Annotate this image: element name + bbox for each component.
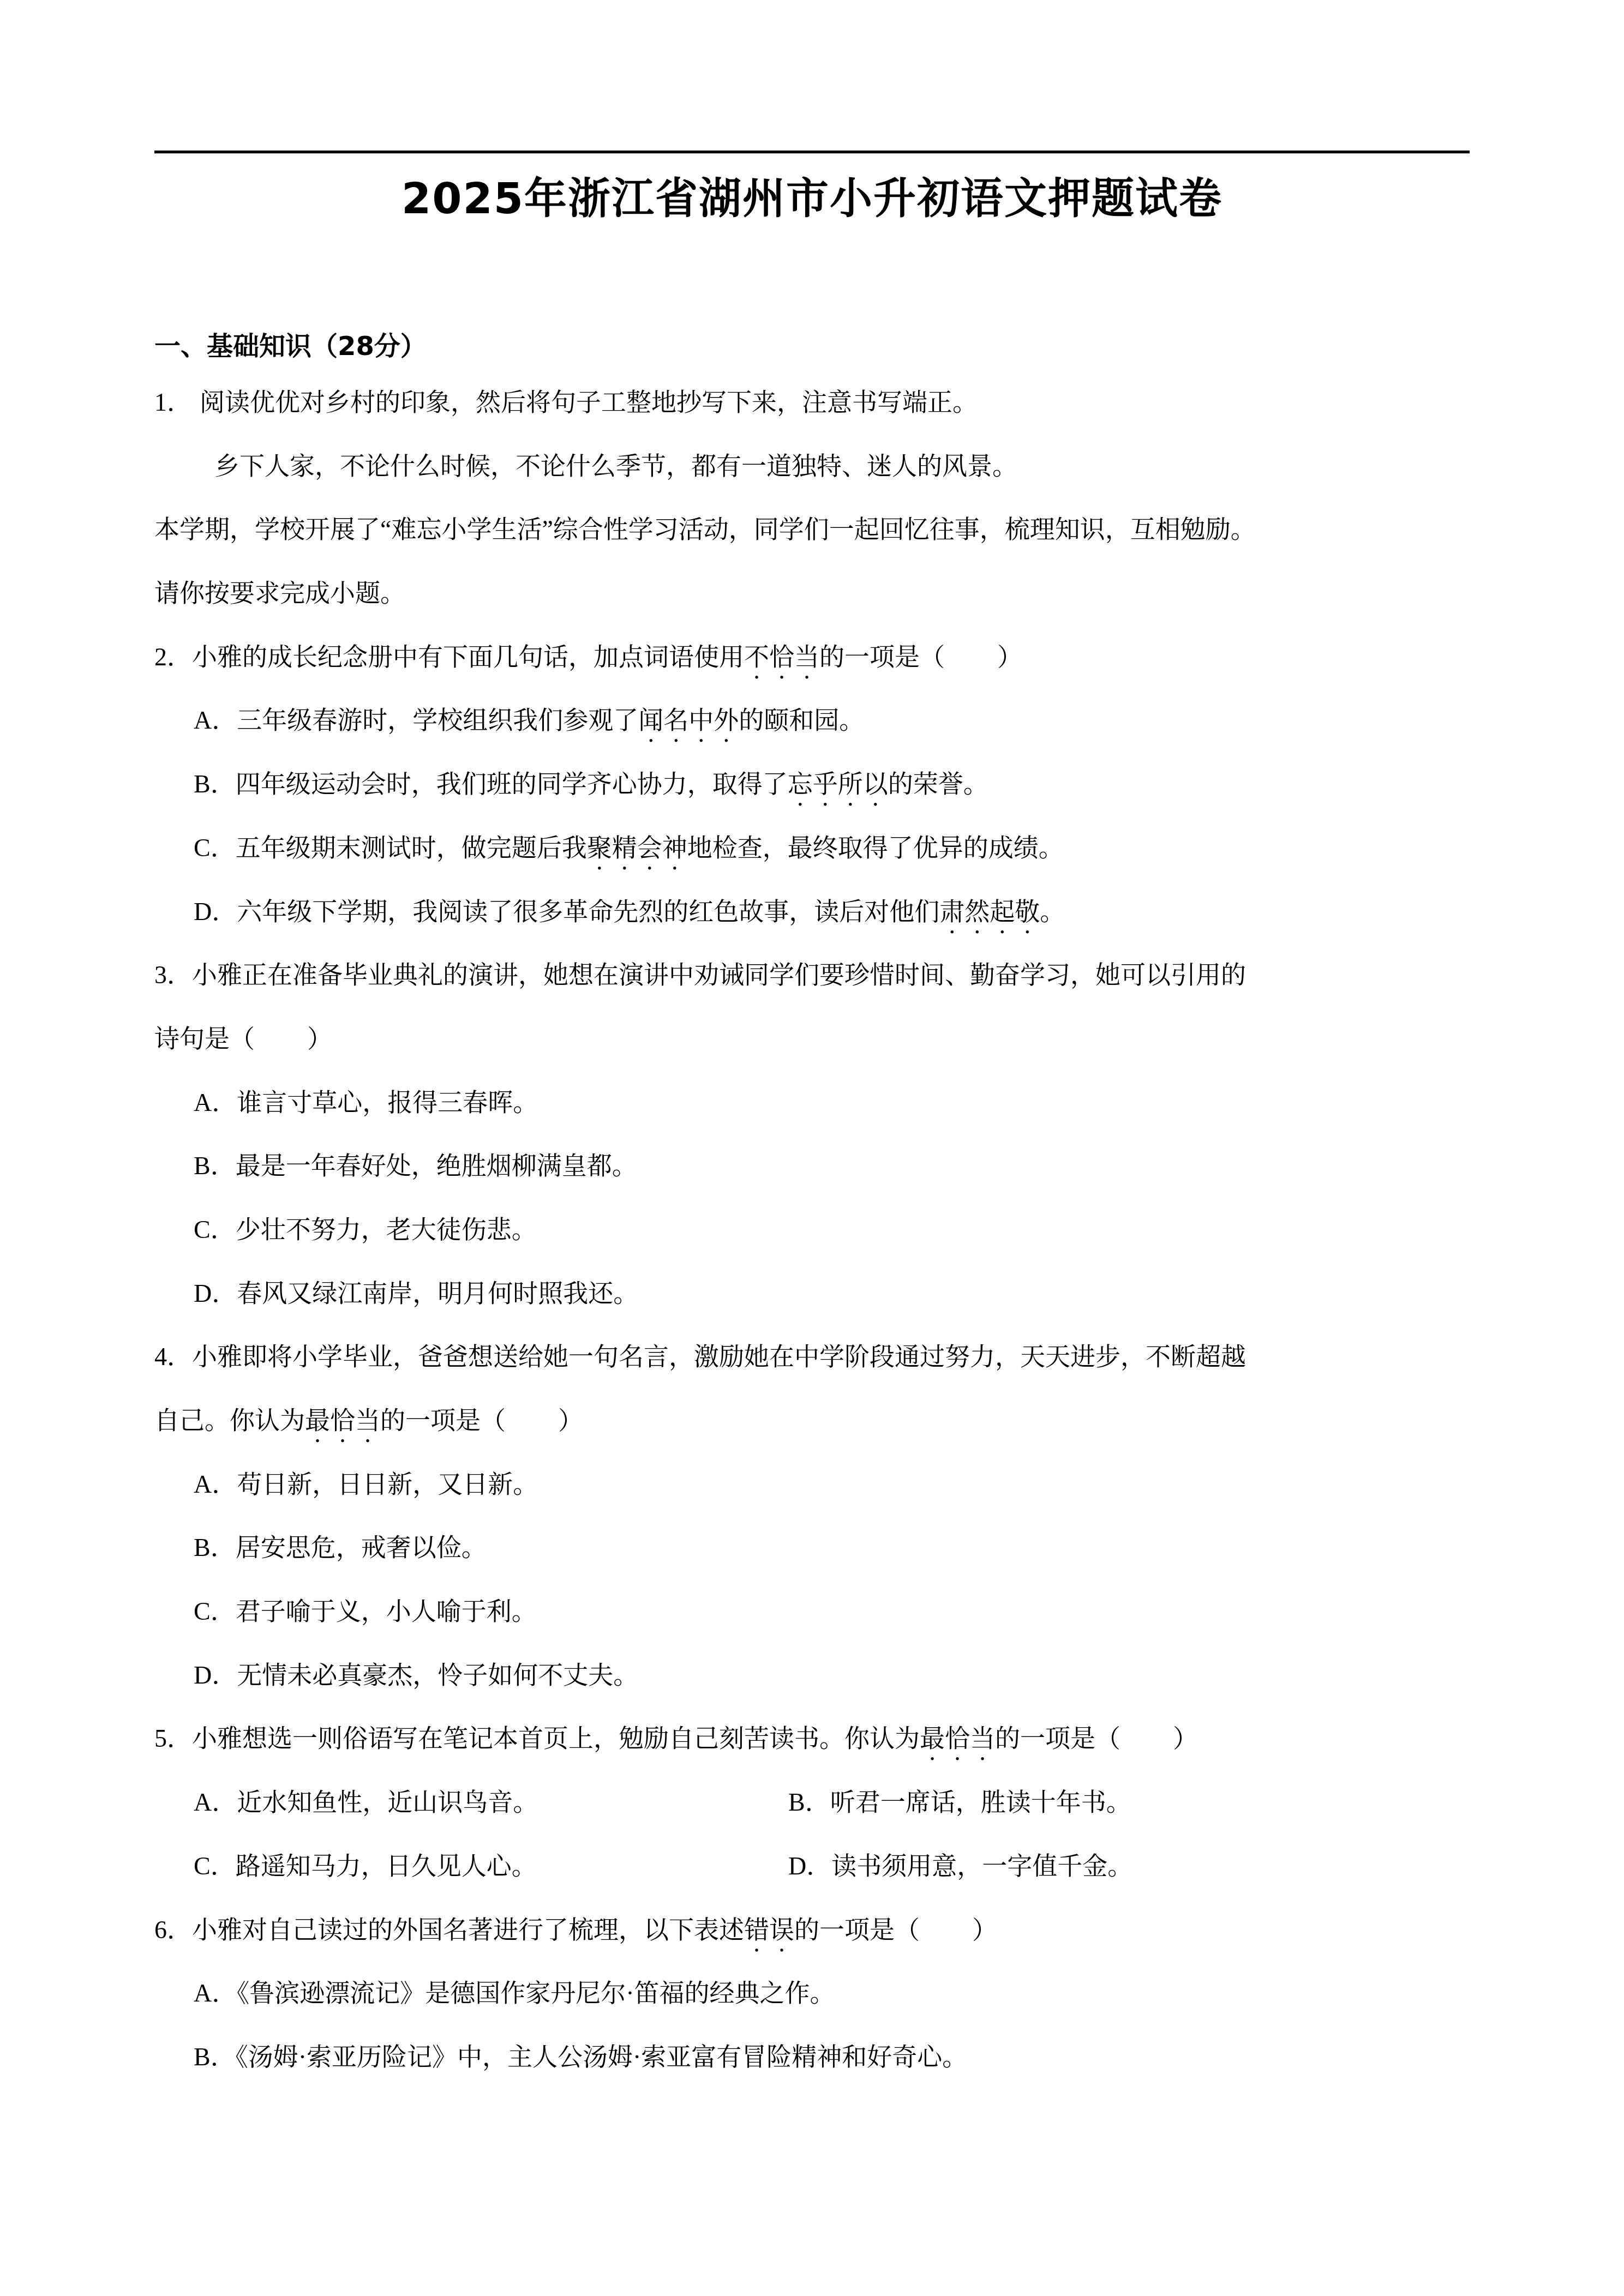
options-row-2: C．路遥知马力，日久见人心。 D．读书须用意，一字值千金。 bbox=[154, 1835, 1470, 1898]
question-4-continued: 自己。你认为最恰当的一项是（） bbox=[154, 1389, 1470, 1453]
option-text: 少壮不努力，老大徒伤悲。 bbox=[236, 1216, 537, 1243]
option-text-end: 的荣誉。 bbox=[888, 770, 988, 798]
close-paren: ） bbox=[558, 1407, 583, 1434]
option-text: 听君一席话，胜读十年书。 bbox=[830, 1788, 1131, 1816]
option-label: A． bbox=[194, 1089, 237, 1116]
option-d: D．无情未必真豪杰，怜子如何不丈夫。 bbox=[154, 1644, 1470, 1708]
context-paragraph-line-1: 本学期，学校开展了“难忘小学生活”综合性学习活动，同学们一起回忆往事，梳理知识，… bbox=[154, 498, 1470, 562]
option-label: D． bbox=[194, 1279, 237, 1307]
option-text: 四年级运动会时，我们班的同学齐心协力，取得了 bbox=[236, 770, 788, 798]
question-number: 6． bbox=[154, 1916, 192, 1944]
option-text: 苟日新，日日新，又日新。 bbox=[237, 1470, 538, 1498]
option-label: C． bbox=[194, 1852, 236, 1880]
emphasized-word: 不恰当 bbox=[744, 643, 819, 671]
option-text: 无情未必真豪杰，怜子如何不丈夫。 bbox=[237, 1661, 638, 1689]
context-paragraph-line-2: 请你按要求完成小题。 bbox=[154, 562, 1470, 626]
option-c: C．路遥知马力，日久见人心。 bbox=[194, 1835, 788, 1898]
emphasized-word: 聚精会神 bbox=[587, 834, 687, 862]
option-text: 最是一年春好处，绝胜烟柳满皇都。 bbox=[236, 1152, 637, 1180]
close-paren: ） bbox=[1173, 1724, 1198, 1752]
option-b: B．最是一年春好处，绝胜烟柳满皇都。 bbox=[154, 1134, 1470, 1198]
option-text: 近水知鱼性，近山识鸟音。 bbox=[237, 1788, 538, 1816]
option-b: B．听君一席话，胜读十年书。 bbox=[788, 1771, 1131, 1835]
question-stem: 小雅对自己读过的外国名著进行了梳理，以下表述 bbox=[192, 1916, 744, 1944]
question-number: 4． bbox=[154, 1343, 192, 1371]
question-6: 6．小雅对自己读过的外国名著进行了梳理，以下表述错误的一项是（） bbox=[154, 1898, 1470, 1962]
question-3-continued: 诗句是（） bbox=[154, 1007, 1470, 1071]
question-number: 1． bbox=[154, 388, 192, 416]
option-label: A． bbox=[194, 706, 237, 734]
option-b: B．居安思危，戒奢以俭。 bbox=[154, 1516, 1470, 1580]
option-text-end: 的颐和园。 bbox=[739, 706, 864, 734]
option-label: D． bbox=[194, 1661, 237, 1689]
question-stem: 小雅的成长纪念册中有下面几句话，加点词语使用 bbox=[192, 643, 744, 671]
option-d: D．六年级下学期，我阅读了很多革命先烈的红色故事，读后对他们肃然起敬。 bbox=[154, 880, 1470, 944]
option-b: B．《汤姆·索亚历险记》中，主人公汤姆·索亚富有冒险精神和好奇心。 bbox=[154, 2025, 1470, 2089]
option-text: 六年级下学期，我阅读了很多革命先烈的红色故事，读后对他们 bbox=[237, 898, 939, 925]
question-5: 5．小雅想选一则俗语写在笔记本首页上，勉励自己刻苦读书。你认为最恰当的一项是（） bbox=[154, 1707, 1470, 1771]
option-text: 五年级期末测试时，做完题后我 bbox=[236, 834, 587, 862]
emphasized-word: 错误 bbox=[744, 1916, 794, 1944]
emphasized-word: 忘乎所以 bbox=[788, 770, 888, 798]
option-a: A．谁言寸草心，报得三春晖。 bbox=[154, 1071, 1470, 1135]
question-stem-end: 诗句是（ bbox=[154, 1025, 255, 1053]
close-paren: ） bbox=[307, 1025, 332, 1053]
option-label: C． bbox=[194, 1597, 236, 1625]
option-d: D．读书须用意，一字值千金。 bbox=[788, 1835, 1132, 1898]
question-number: 3． bbox=[154, 961, 192, 989]
question-number: 2． bbox=[154, 643, 192, 671]
option-text: 读书须用意，一字值千金。 bbox=[831, 1852, 1132, 1880]
question-stem: 小雅正在准备毕业典礼的演讲，她想在演讲中劝诫同学们要珍惜时间、勤奋学习，她可以引… bbox=[192, 961, 1246, 989]
option-text: 居安思危，戒奢以俭。 bbox=[236, 1534, 487, 1561]
section-heading: 一、基础知识（28分） bbox=[154, 322, 1470, 371]
option-label: B． bbox=[788, 1788, 830, 1816]
option-a: A．近水知鱼性，近山识鸟音。 bbox=[194, 1771, 788, 1835]
question-stem: 小雅即将小学毕业，爸爸想送给她一句名言，激励她在中学阶段通过努力，天天进步，不断… bbox=[192, 1343, 1246, 1371]
option-b: B．四年级运动会时，我们班的同学齐心协力，取得了忘乎所以的荣誉。 bbox=[154, 753, 1470, 816]
option-c: C．君子喻于义，小人喻于利。 bbox=[154, 1580, 1470, 1644]
option-text-end: 。 bbox=[1040, 898, 1065, 925]
option-text: 春风又绿江南岸，明月何时照我还。 bbox=[237, 1279, 638, 1307]
option-text: 君子喻于义，小人喻于利。 bbox=[236, 1597, 537, 1625]
option-text: 路遥知马力，日久见人心。 bbox=[236, 1852, 537, 1880]
close-paren: ） bbox=[997, 643, 1022, 671]
option-text: 三年级春游时，学校组织我们参观了 bbox=[237, 706, 638, 734]
option-c: C．五年级期末测试时，做完题后我聚精会神地检查，最终取得了优异的成绩。 bbox=[154, 816, 1470, 880]
question-stem: 小雅想选一则俗语写在笔记本首页上，勉励自己刻苦读书。你认为 bbox=[192, 1724, 920, 1752]
emphasized-word: 肃然起敬 bbox=[939, 898, 1040, 925]
option-a: A．《鲁滨逊漂流记》是德国作家丹尼尔·笛福的经典之作。 bbox=[154, 1962, 1470, 2025]
question-stem-end: 的一项是（ bbox=[819, 643, 945, 671]
option-c: C．少壮不努力，老大徒伤悲。 bbox=[154, 1198, 1470, 1262]
option-text: 谁言寸草心，报得三春晖。 bbox=[237, 1089, 538, 1116]
question-1: 1．阅读优优对乡村的印象，然后将句子工整地抄写下来，注意书写端正。 bbox=[154, 371, 1470, 435]
option-label: B． bbox=[194, 770, 236, 798]
question-4: 4．小雅即将小学毕业，爸爸想送给她一句名言，激励她在中学阶段通过努力，天天进步，… bbox=[154, 1325, 1470, 1389]
emphasized-word: 最恰当 bbox=[920, 1724, 995, 1752]
question-2: 2．小雅的成长纪念册中有下面几句话，加点词语使用不恰当的一项是（） bbox=[154, 626, 1470, 689]
option-label: A． bbox=[194, 1979, 237, 2007]
exam-content: 一、基础知识（28分） 1．阅读优优对乡村的印象，然后将句子工整地抄写下来，注意… bbox=[154, 322, 1470, 2089]
option-label: D． bbox=[788, 1852, 831, 1880]
page-title: 2025年浙江省湖州市小升初语文押题试卷 bbox=[154, 169, 1470, 229]
option-text: 《汤姆·索亚历险记》中，主人公汤姆·索亚富有冒险精神和好奇心。 bbox=[236, 2043, 968, 2071]
option-label: C． bbox=[194, 834, 236, 862]
question-1-quote: 乡下人家，不论什么时候，不论什么季节，都有一道独特、迷人的风景。 bbox=[154, 435, 1470, 498]
question-stem: 阅读优优对乡村的印象，然后将句子工整地抄写下来，注意书写端正。 bbox=[200, 388, 978, 416]
option-label: B． bbox=[194, 2043, 236, 2071]
question-number: 5． bbox=[154, 1724, 192, 1752]
question-stem: 自己。你认为 bbox=[154, 1407, 305, 1434]
close-paren: ） bbox=[972, 1916, 997, 1944]
options-row-1: A．近水知鱼性，近山识鸟音。 B．听君一席话，胜读十年书。 bbox=[154, 1771, 1470, 1835]
option-label: B． bbox=[194, 1534, 236, 1561]
option-text: 《鲁滨逊漂流记》是德国作家丹尼尔·笛福的经典之作。 bbox=[237, 1979, 835, 2007]
option-label: A． bbox=[194, 1788, 237, 1816]
question-stem-end: 的一项是（ bbox=[995, 1724, 1120, 1752]
option-a: A．三年级春游时，学校组织我们参观了闻名中外的颐和园。 bbox=[154, 689, 1470, 753]
option-text-end: 地检查，最终取得了优异的成绩。 bbox=[687, 834, 1064, 862]
emphasized-word: 闻名中外 bbox=[638, 706, 739, 734]
option-label: C． bbox=[194, 1216, 236, 1243]
question-stem-end: 的一项是（ bbox=[794, 1916, 920, 1944]
question-stem-end: 的一项是（ bbox=[380, 1407, 506, 1434]
option-label: D． bbox=[194, 898, 237, 925]
option-label: B． bbox=[194, 1152, 236, 1180]
option-a: A．苟日新，日日新，又日新。 bbox=[154, 1453, 1470, 1517]
emphasized-word: 最恰当 bbox=[305, 1407, 380, 1434]
option-d: D．春风又绿江南岸，明月何时照我还。 bbox=[154, 1262, 1470, 1326]
option-label: A． bbox=[194, 1470, 237, 1498]
header-rule bbox=[154, 151, 1470, 154]
question-3: 3．小雅正在准备毕业典礼的演讲，她想在演讲中劝诫同学们要珍惜时间、勤奋学习，她可… bbox=[154, 943, 1470, 1007]
